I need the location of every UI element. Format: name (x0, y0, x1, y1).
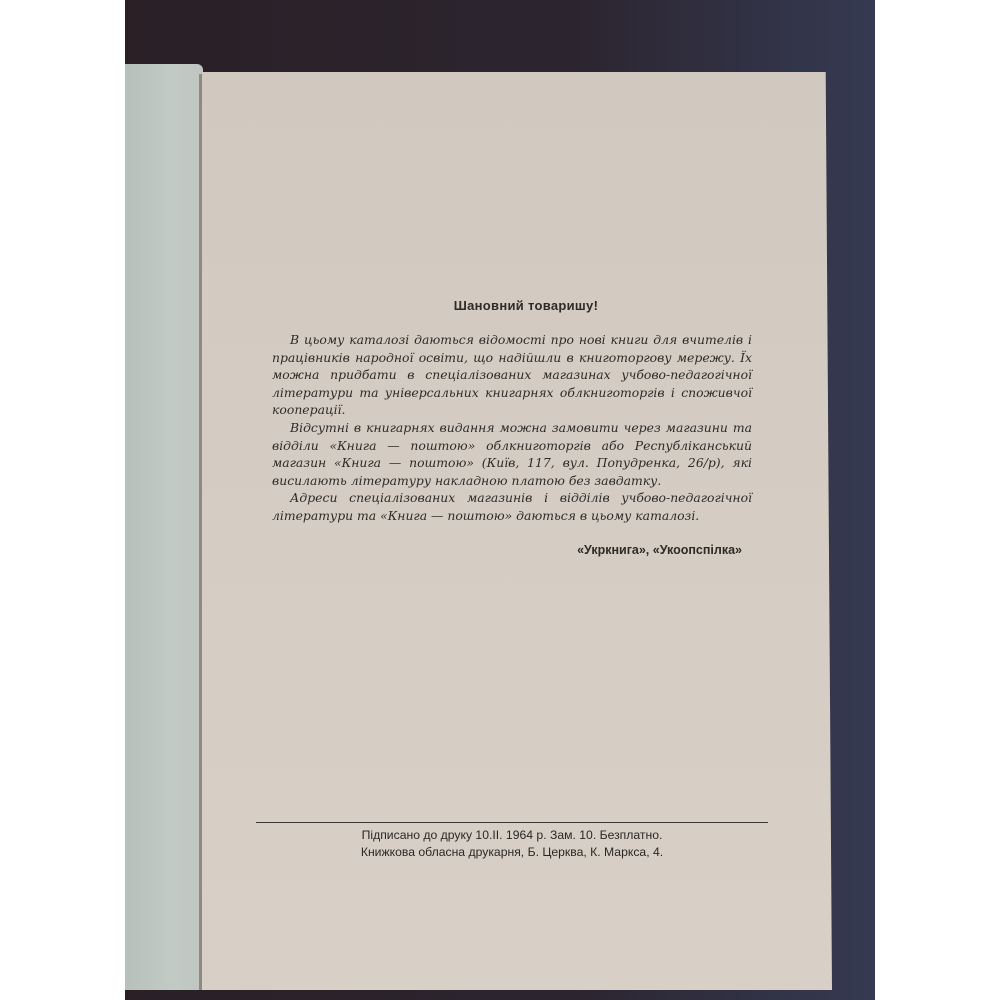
paragraph-1: В цьому каталозі даються відомості про н… (272, 331, 752, 419)
paragraph-3: Адреси спеціалізованих магазинів і відді… (272, 489, 752, 524)
right-page: Шановний товаришу! В цьому каталозі дают… (202, 72, 832, 990)
paragraph-2: Відсутні в книгарнях видання можна замов… (272, 419, 752, 489)
book-gutter (199, 74, 202, 990)
signature: «Укркнига», «Укоопспілка» (272, 543, 752, 557)
imprint-line-2: Книжкова обласна друкарня, Б. Церква, К.… (256, 844, 768, 861)
imprint-block: Підписано до друку 10.II. 1964 р. Зам. 1… (256, 827, 768, 861)
greeting-heading: Шановний товаришу! (300, 298, 752, 313)
left-page (125, 64, 203, 990)
letter-body: Шановний товаришу! В цьому каталозі дают… (272, 298, 752, 557)
imprint-line-1: Підписано до друку 10.II. 1964 р. Зам. 1… (256, 827, 768, 844)
imprint-divider (256, 822, 768, 823)
